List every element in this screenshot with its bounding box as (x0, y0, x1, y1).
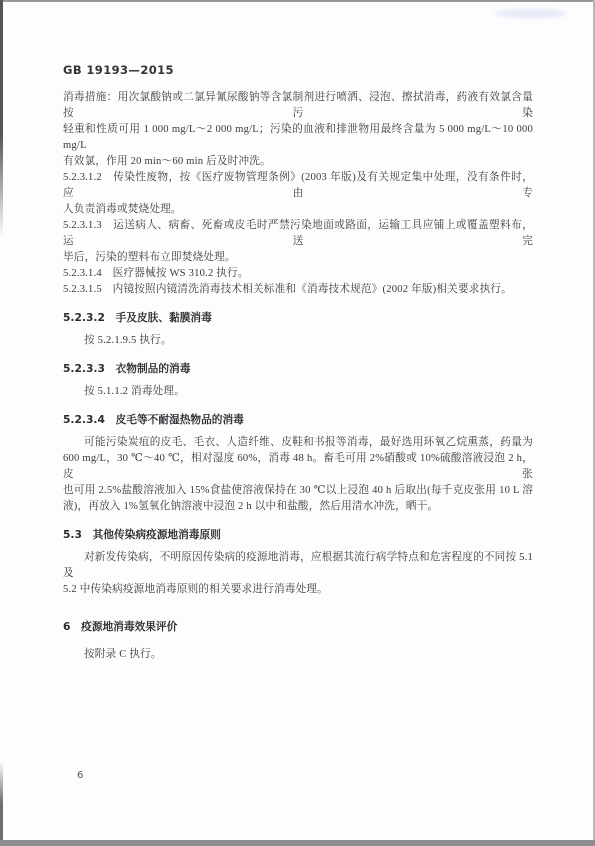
chapter-body-6: 按附录 C 执行。 (63, 647, 533, 663)
section-body-5-2-3-2: 按 5.2.1.9.5 执行。 (63, 333, 533, 349)
paragraph-line: 人负责消毒或焚烧处理。 (63, 202, 533, 218)
section-body-5-2-3-3: 按 5.1.1.2 消毒处理。 (63, 384, 533, 400)
clause-5-2-3-1-4: 5.2.3.1.4 医疗器械按 WS 310.2 执行。 (63, 266, 533, 282)
paragraph-line: 5.2 中传染病疫源地消毒原则的相关要求进行消毒处理。 (63, 582, 533, 598)
page-number: 6 (77, 770, 83, 781)
scan-edge-bottom (0, 840, 595, 846)
section-body-5-3: 对新发传染病，不明原因传染病的疫源地消毒，应根据其流行病学特点和危害程度的不同按… (63, 550, 533, 598)
paragraph-line: 有效氯，作用 20 min～60 min 后及时冲洗。 (63, 154, 533, 170)
paragraph-line: 5.2.3.1.2 传染性废物，按《医疗废物管理条例》(2003 年版)及有关规… (63, 170, 533, 202)
paragraph-disinfection-measures: 消毒措施：用次氯酸钠或二氯异氰尿酸钠等含氯制剂进行喷洒、浸泡、擦拭消毒，药液有效… (63, 90, 533, 170)
paragraph-line: 消毒措施：用次氯酸钠或二氯异氰尿酸钠等含氯制剂进行喷洒、浸泡、擦拭消毒，药液有效… (63, 90, 533, 122)
paragraph-line: 600 mg/L，30 ℃～40 ℃，相对湿度 60%，消毒 48 h。畜毛可用… (63, 451, 533, 483)
chapter-heading-6: 6 疫源地消毒效果评价 (63, 619, 533, 634)
section-heading-5-3: 5.3 其他传染病疫源地消毒原则 (63, 527, 533, 542)
section-heading-5-2-3-3: 5.2.3.3 衣物制品的消毒 (63, 361, 533, 376)
paragraph-line: 轻重和性质可用 1 000 mg/L～2 000 mg/L；污染的血液和排泄物用… (63, 122, 533, 154)
clause-5-2-3-1-2: 5.2.3.1.2 传染性废物，按《医疗废物管理条例》(2003 年版)及有关规… (63, 170, 533, 218)
document-body: GB 19193—2015 消毒措施：用次氯酸钠或二氯异氰尿酸钠等含氯制剂进行喷… (63, 0, 533, 663)
paragraph-line: 可能污染炭疽的皮毛、毛衣、人造纤维、皮鞋和书报等消毒，最好选用环氧乙烷熏蒸，药量… (63, 435, 533, 451)
section-heading-5-2-3-2: 5.2.3.2 手及皮肤、黏膜消毒 (63, 310, 533, 325)
clause-5-2-3-1-5: 5.2.3.1.5 内镜按照内镜清洗消毒技术相关标准和《消毒技术规范》(2002… (63, 282, 533, 298)
paragraph-line: 对新发传染病，不明原因传染病的疫源地消毒，应根据其流行病学特点和危害程度的不同按… (63, 550, 533, 582)
paragraph-line: 液)，再放入 1%氢氧化钠溶液中浸泡 2 h 以中和盐酸，然后用清水冲洗，晒干。 (63, 499, 533, 515)
standard-number: GB 19193—2015 (63, 63, 533, 77)
paragraph-line: 5.2.3.1.3 运送病人、病畜、死畜或皮毛时严禁污染地面或路面，运输工具应铺… (63, 218, 533, 250)
paragraph-line: 毕后，污染的塑料布立即焚烧处理。 (63, 250, 533, 266)
scan-edge-left (0, 0, 3, 846)
section-body-5-2-3-4: 可能污染炭疽的皮毛、毛衣、人造纤维、皮鞋和书报等消毒，最好选用环氧乙烷熏蒸，药量… (63, 435, 533, 515)
paragraph-line: 也可用 2.5%盐酸溶液加入 15%食盐使溶液保持在 30 ℃以上浸泡 40 h… (63, 483, 533, 499)
scanned-document-page: { "page": { "standard_number": "GB 19193… (0, 0, 595, 846)
clause-5-2-3-1-3: 5.2.3.1.3 运送病人、病畜、死畜或皮毛时严禁污染地面或路面，运输工具应铺… (63, 218, 533, 266)
section-heading-5-2-3-4: 5.2.3.4 皮毛等不耐湿热物品的消毒 (63, 412, 533, 427)
